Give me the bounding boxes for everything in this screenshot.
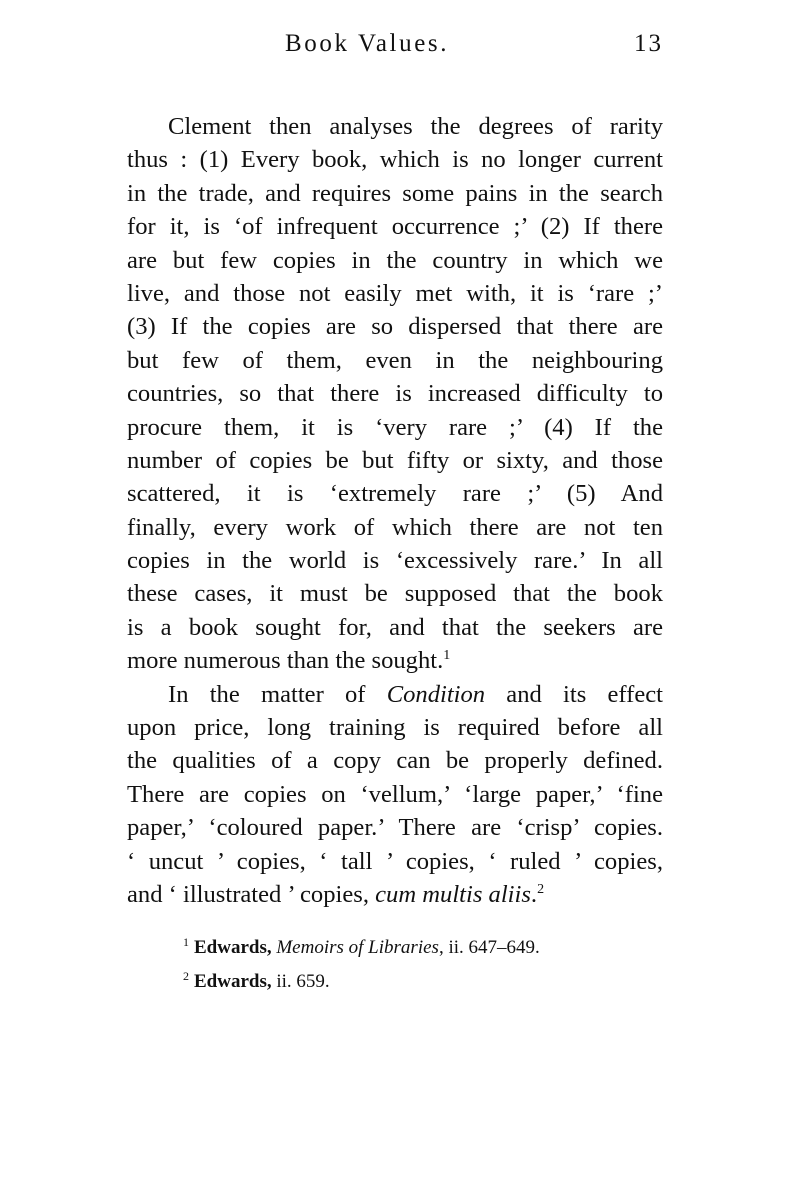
text-segment: scattered, it is ‘extremely rare ;’ (5) … bbox=[127, 480, 663, 507]
text-line: number of copies be but fifty or sixty, … bbox=[127, 444, 663, 477]
footnote-mark: 1 bbox=[183, 935, 189, 949]
text-segment: for it, is ‘of infrequent occurrence ;’ … bbox=[127, 213, 663, 240]
text-line: more numerous than the sought.1 bbox=[127, 644, 663, 677]
italic-term: cum multis aliis bbox=[375, 881, 531, 908]
text-line: scattered, it is ‘extremely rare ;’ (5) … bbox=[127, 477, 663, 510]
footnotes: 1Edwards, Memoirs of Libraries, ii. 647–… bbox=[183, 928, 663, 996]
text-segment: live, and those not easily met with, it … bbox=[127, 280, 663, 307]
text-segment: countries, so that there is increased di… bbox=[127, 380, 663, 407]
footnote-mark: 2 bbox=[183, 969, 189, 983]
text-segment: ‘ uncut ’ copies, ‘ tall ’ copies, ‘ rul… bbox=[127, 848, 663, 875]
text-line: these cases, it must be supposed that th… bbox=[127, 577, 663, 610]
text-segment: Clement then analyses the degrees of rar… bbox=[168, 113, 663, 140]
text-segment: in the trade, and requires some pains in… bbox=[127, 180, 663, 207]
text-line: are but few copies in the country in whi… bbox=[127, 244, 663, 277]
text-segment: paper,’ ‘coloured paper.’ There are ‘cri… bbox=[127, 814, 663, 841]
text-segment: (3) If the copies are so dispersed that … bbox=[127, 313, 663, 340]
footnote-reference: 2 bbox=[537, 882, 544, 897]
footnote-work-title: Memoirs of Libraries bbox=[276, 937, 439, 958]
text-segment: There are copies on ‘vellum,’ ‘large pap… bbox=[127, 781, 663, 808]
text-segment: finally, every work of which there are n… bbox=[127, 514, 663, 541]
text-line: but few of them, even in the neighbourin… bbox=[127, 344, 663, 377]
footnote: 1Edwards, Memoirs of Libraries, ii. 647–… bbox=[183, 928, 663, 962]
text-line: countries, so that there is increased di… bbox=[127, 377, 663, 410]
text-line: ‘ uncut ’ copies, ‘ tall ’ copies, ‘ rul… bbox=[127, 845, 663, 878]
text-line: copies in the world is ‘excessively rare… bbox=[127, 544, 663, 577]
text-line: (3) If the copies are so dispersed that … bbox=[127, 310, 663, 343]
running-title: Book Values. bbox=[285, 30, 449, 58]
text-line: live, and those not easily met with, it … bbox=[127, 277, 663, 310]
text-segment: the qualities of a copy can be properly … bbox=[127, 747, 663, 774]
footnote-author: Edwards, bbox=[194, 971, 272, 992]
italic-term: Condition bbox=[387, 681, 485, 708]
text-line: finally, every work of which there are n… bbox=[127, 511, 663, 544]
text-segment: upon price, long training is required be… bbox=[127, 714, 663, 741]
paragraph: Clement then analyses the degrees of rar… bbox=[127, 110, 663, 678]
text-segment: more numerous than the sought. bbox=[127, 647, 443, 674]
text-line: In the matter of Condition and its effec… bbox=[127, 678, 663, 711]
text-segment: these cases, it must be supposed that th… bbox=[127, 580, 663, 607]
text-line: in the trade, and requires some pains in… bbox=[127, 177, 663, 210]
body-text: Clement then analyses the degrees of rar… bbox=[127, 110, 663, 911]
book-page: Book Values. 13 Clement then analyses th… bbox=[0, 0, 792, 1200]
footnote: 2Edwards, ii. 659. bbox=[183, 962, 663, 996]
text-line: upon price, long training is required be… bbox=[127, 711, 663, 744]
text-line: Clement then analyses the degrees of rar… bbox=[127, 110, 663, 143]
text-line: paper,’ ‘coloured paper.’ There are ‘cri… bbox=[127, 811, 663, 844]
text-segment: copies in the world is ‘excessively rare… bbox=[127, 547, 663, 574]
running-head: Book Values. 13 bbox=[127, 30, 663, 64]
text-line: There are copies on ‘vellum,’ ‘large pap… bbox=[127, 778, 663, 811]
text-segment: is a book sought for, and that the seeke… bbox=[127, 614, 663, 641]
paragraph: In the matter of Condition and its effec… bbox=[127, 678, 663, 912]
footnote-reference-pages: , ii. 647–649. bbox=[439, 937, 540, 958]
text-segment: number of copies be but fifty or sixty, … bbox=[127, 447, 663, 474]
footnote-author: Edwards, bbox=[194, 937, 272, 958]
text-segment: and ‘ illustrated ’ copies, bbox=[127, 881, 375, 908]
text-segment: procure them, it is ‘very rare ;’ (4) If… bbox=[127, 414, 663, 441]
footnote-reference-pages: ii. 659. bbox=[272, 971, 330, 992]
text-segment: are but few copies in the country in whi… bbox=[127, 247, 663, 274]
text-segment: but few of them, even in the neighbourin… bbox=[127, 347, 663, 374]
text-line: for it, is ‘of infrequent occurrence ;’ … bbox=[127, 210, 663, 243]
text-line: and ‘ illustrated ’ copies, cum multis a… bbox=[127, 878, 663, 911]
text-segment: In the matter of bbox=[168, 681, 387, 708]
footnote-reference: 1 bbox=[443, 648, 450, 663]
text-line: is a book sought for, and that the seeke… bbox=[127, 611, 663, 644]
text-segment: thus : (1) Every book, which is no longe… bbox=[127, 146, 663, 173]
text-line: thus : (1) Every book, which is no longe… bbox=[127, 143, 663, 176]
text-segment: and its effect bbox=[485, 681, 663, 708]
text-line: procure them, it is ‘very rare ;’ (4) If… bbox=[127, 411, 663, 444]
text-line: the qualities of a copy can be properly … bbox=[127, 744, 663, 777]
page-number: 13 bbox=[634, 30, 663, 58]
